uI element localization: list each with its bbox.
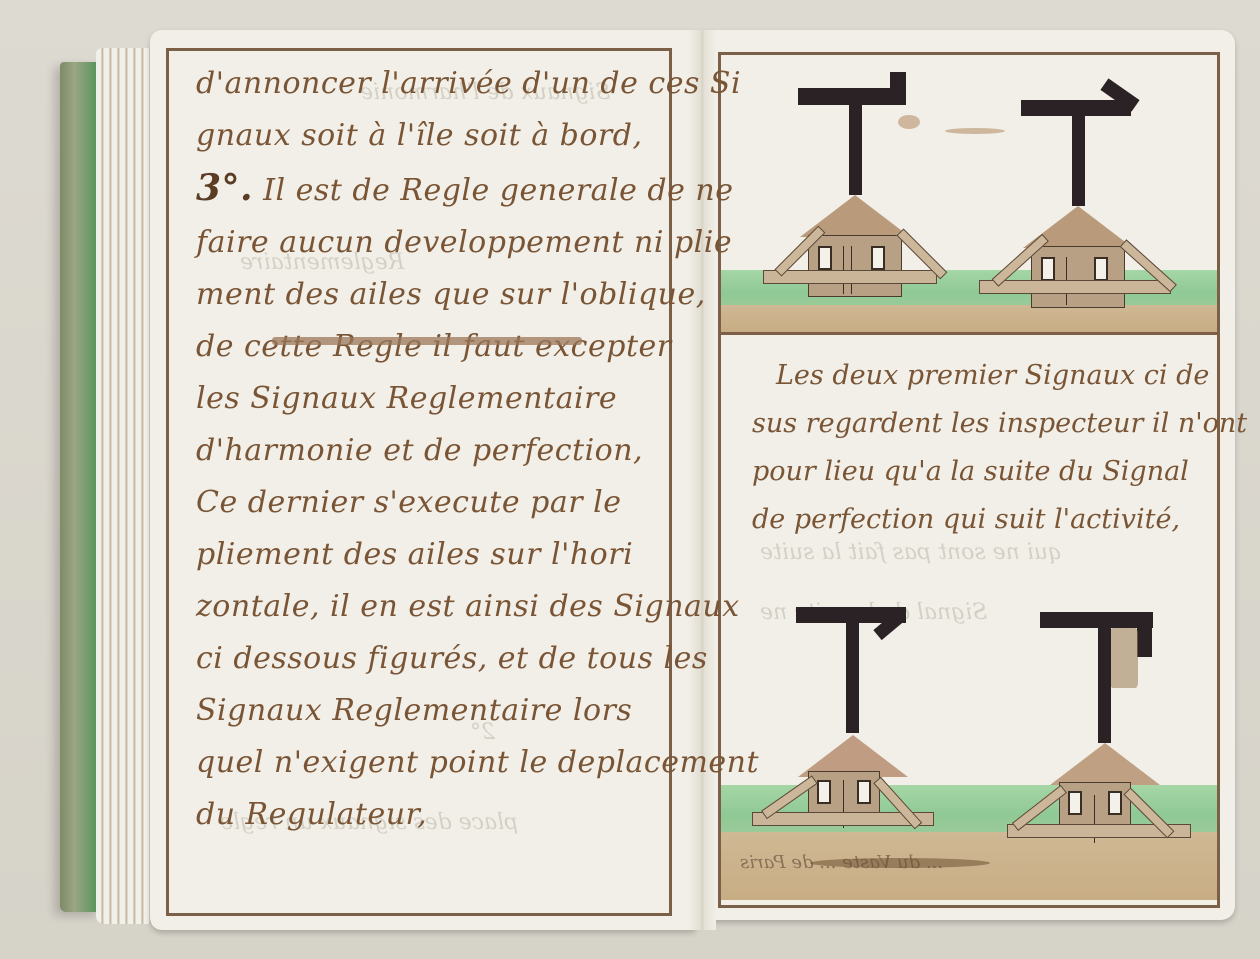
ink-smudge (898, 115, 920, 129)
manuscript-line: Ce dernier s'execute par le (196, 477, 666, 529)
telegraph-figure-4 (995, 610, 1175, 830)
manuscript-line: les Signaux Reglementaire (196, 373, 666, 425)
manuscript-line-text: Il est de Regle generale de ne (263, 173, 733, 208)
house-body (1059, 782, 1131, 829)
manuscript-line: pour lieu qu'a la suite du Signal (752, 448, 1202, 496)
ink-wash-smudge (1110, 628, 1138, 688)
window (857, 780, 871, 804)
soil-band-top (721, 305, 1217, 332)
left-page-text: d'annoncer l'arrivée d'un de ces Si gnau… (196, 58, 666, 841)
window (1068, 791, 1082, 815)
manuscript-line: sus regardent les inspecteur il n'ont (752, 400, 1202, 448)
signal-mast (1098, 628, 1111, 743)
manuscript-line: Signaux Reglementaire lors (196, 685, 666, 737)
signal-mast (849, 105, 862, 195)
window (1094, 257, 1108, 281)
ink-underline-stroke (272, 337, 582, 345)
manuscript-line: 3°. Il est de Regle generale de ne (196, 162, 666, 217)
book-gutter (688, 30, 716, 930)
signal-wing-down (1137, 612, 1152, 657)
panel-divider (721, 332, 1217, 335)
bleed-through-text: qui ne sont pas fait la suite (760, 540, 1062, 565)
telegraph-figure-3 (752, 605, 932, 825)
crossed-out-ink (810, 858, 990, 868)
manuscript-line: de perfection qui suit l'activité, (752, 496, 1202, 544)
manuscript-line: zontale, il en est ainsi des Signaux (196, 581, 666, 633)
section-number: 3°. (196, 167, 253, 209)
window (818, 246, 832, 270)
base-beam (763, 270, 937, 284)
telegraph-figure-1 (760, 70, 940, 290)
manuscript-line: quel n'exigent point le deplacement (196, 737, 666, 789)
signal-mast (1072, 116, 1085, 206)
signal-wing-up (890, 72, 906, 105)
window (817, 780, 831, 804)
manuscript-line: gnaux soit à l'île soit à bord, (196, 110, 666, 162)
manuscript-line: d'harmonie et de perfection, (196, 425, 666, 477)
signal-regulator-arm (1021, 100, 1131, 116)
manuscript-line: faire aucun developpement ni plie (196, 217, 666, 269)
house-body (1031, 246, 1125, 308)
house-body (808, 235, 902, 297)
house-body (808, 771, 880, 818)
manuscript-line: d'annoncer l'arrivée d'un de ces Si (196, 58, 666, 110)
telegraph-figure-2 (985, 78, 1165, 298)
base-beam (979, 280, 1171, 294)
right-page-text: Les deux premier Signaux ci de sus regar… (752, 352, 1202, 544)
window (1041, 257, 1055, 281)
manuscript-line: ci dessous figurés, et de tous les (196, 633, 666, 685)
window (871, 246, 885, 270)
manuscript-line: Les deux premier Signaux ci de (752, 352, 1202, 400)
window (1108, 791, 1122, 815)
manuscript-line: ment des ailes que sur l'oblique, (196, 269, 666, 321)
house-roof (1050, 743, 1160, 785)
manuscript-line: de cette Regle il faut excepter (196, 321, 666, 373)
signal-mast (846, 623, 859, 733)
manuscript-line: pliement des ailes sur l'hori (196, 529, 666, 581)
manuscript-line: du Regulateur, (196, 789, 666, 841)
